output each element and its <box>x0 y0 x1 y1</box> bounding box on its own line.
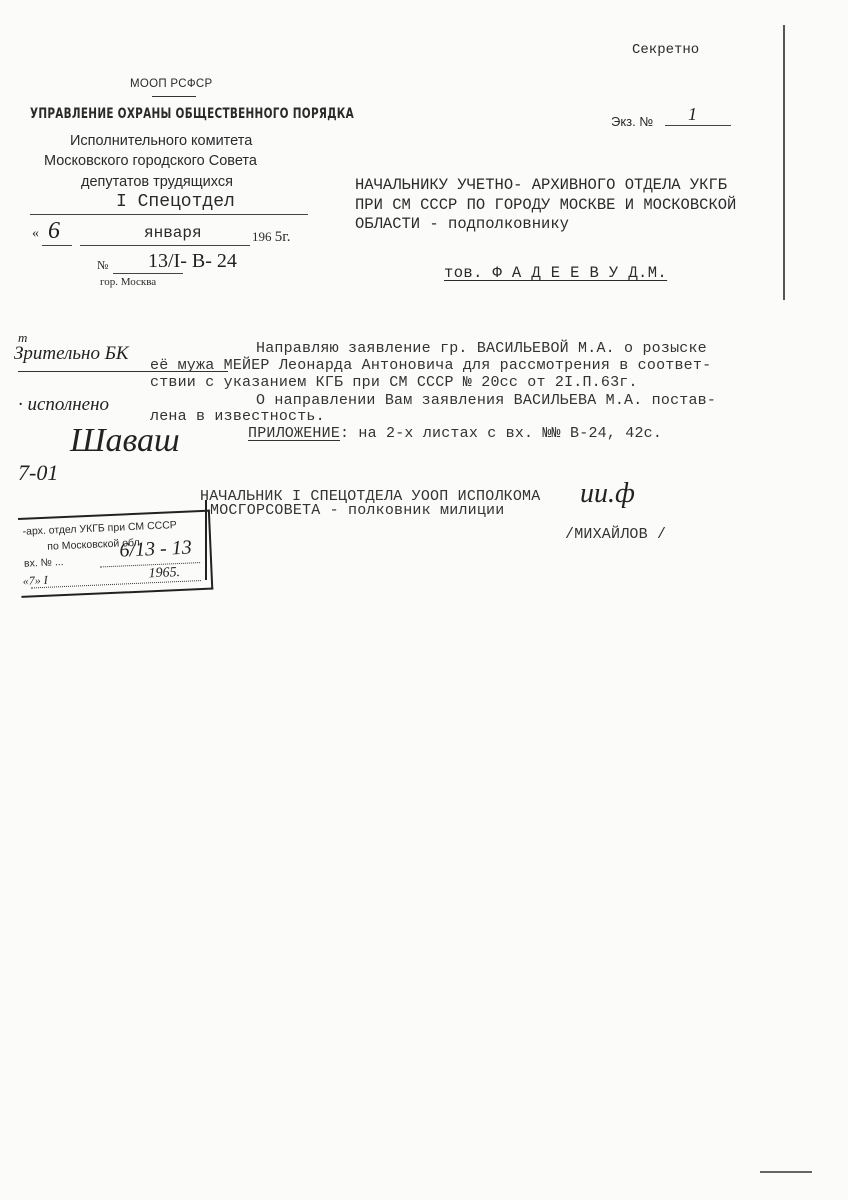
stamp-line-3: вх. № ... <box>24 556 64 570</box>
registration-rule <box>113 273 183 274</box>
registration-label: № <box>97 258 108 273</box>
addressee-name: тов. Ф А Д Е Е В У Д.М. <box>444 264 667 282</box>
attachment-line: ПРИЛОЖЕНИЕ: на 2-х листах с вх. №№ В-24,… <box>248 425 662 442</box>
organization-subtitle-1: Исполнительного комитета <box>70 133 252 149</box>
organization-title: УПРАВЛЕНИЕ ОХРАНЫ ОБЩЕСТВЕННОГО ПОРЯДКА <box>30 106 354 122</box>
margin-note-2: · исполнено <box>18 394 109 416</box>
margin-number: 7-01 <box>18 460 58 486</box>
department-rule <box>30 214 308 215</box>
organization-subtitle-3: депутатов трудящихся <box>81 174 233 190</box>
stamp-year: 1965. <box>148 565 180 582</box>
attachment-label: ПРИЛОЖЕНИЕ <box>248 425 340 442</box>
attachment-text: : на 2-х листах с вх. №№ В-24, 42с. <box>340 425 662 442</box>
stamp-number: 6/13 - 13 <box>119 536 192 562</box>
handwritten-signature: ии.ф <box>580 478 635 510</box>
footer-mark <box>760 1171 812 1173</box>
date-year-prefix: 196 <box>252 229 272 244</box>
addressee-line-3: ОБЛАСТИ - подполковнику <box>355 215 569 233</box>
margin-note-rule <box>18 371 228 372</box>
margin-signature: Шаваш <box>70 422 180 460</box>
department-name: I Спецотдел <box>116 192 235 212</box>
ministry-underline <box>152 96 196 97</box>
body-line-2: её мужа МЕЙЕР Леонарда Антоновича для ра… <box>150 357 711 374</box>
addressee-line-1: НАЧАЛЬНИКУ УЧЕТНО- АРХИВНОГО ОТДЕЛА УКГБ <box>355 176 727 194</box>
classification-label: Секретно <box>632 42 699 58</box>
body-line-4: О направлении Вам заявления ВАСИЛЬЕВА М.… <box>256 392 716 409</box>
date-day-rule <box>42 245 72 246</box>
date-year: 196 5г. <box>252 229 290 246</box>
date-month-rule <box>80 245 250 246</box>
ministry-name: МООП РСФСР <box>130 78 213 90</box>
signatory-title-2: МОСГОРСОВЕТА - полковник милиции <box>210 502 504 519</box>
date-open-quote: « <box>32 226 39 242</box>
margin-line <box>783 25 785 300</box>
copy-number-label: Экз. № <box>611 114 653 129</box>
registration-stamp: -арх. отдел УКГБ при СМ СССР по Московск… <box>18 510 213 598</box>
stamp-line-1: -арх. отдел УКГБ при СМ СССР <box>22 519 177 538</box>
date-month: января <box>144 224 202 242</box>
stamp-date-rule <box>31 580 201 588</box>
date-day: 6 <box>48 218 60 245</box>
registration-number: 13/I- B- 24 <box>148 250 237 273</box>
signatory-name: /МИХАЙЛОВ / <box>565 526 666 543</box>
date-year-suffix: 5г. <box>275 229 291 245</box>
organization-subtitle-2: Московского городского Совета <box>44 153 257 169</box>
copy-number: 1 <box>688 104 697 125</box>
addressee-line-2: ПРИ СМ СССР ПО ГОРОДУ МОСКВЕ И МОСКОВСКО… <box>355 196 736 214</box>
body-line-1: Направляю заявление гр. ВАСИЛЬЕВОЙ М.А. … <box>256 340 707 357</box>
margin-note-1: Зрительно БК <box>14 343 129 365</box>
body-line-3: ствии с указанием КГБ при СМ СССР № 20сс… <box>150 374 638 391</box>
city-name: гор. Москва <box>100 276 156 288</box>
copy-number-rule <box>665 125 731 126</box>
